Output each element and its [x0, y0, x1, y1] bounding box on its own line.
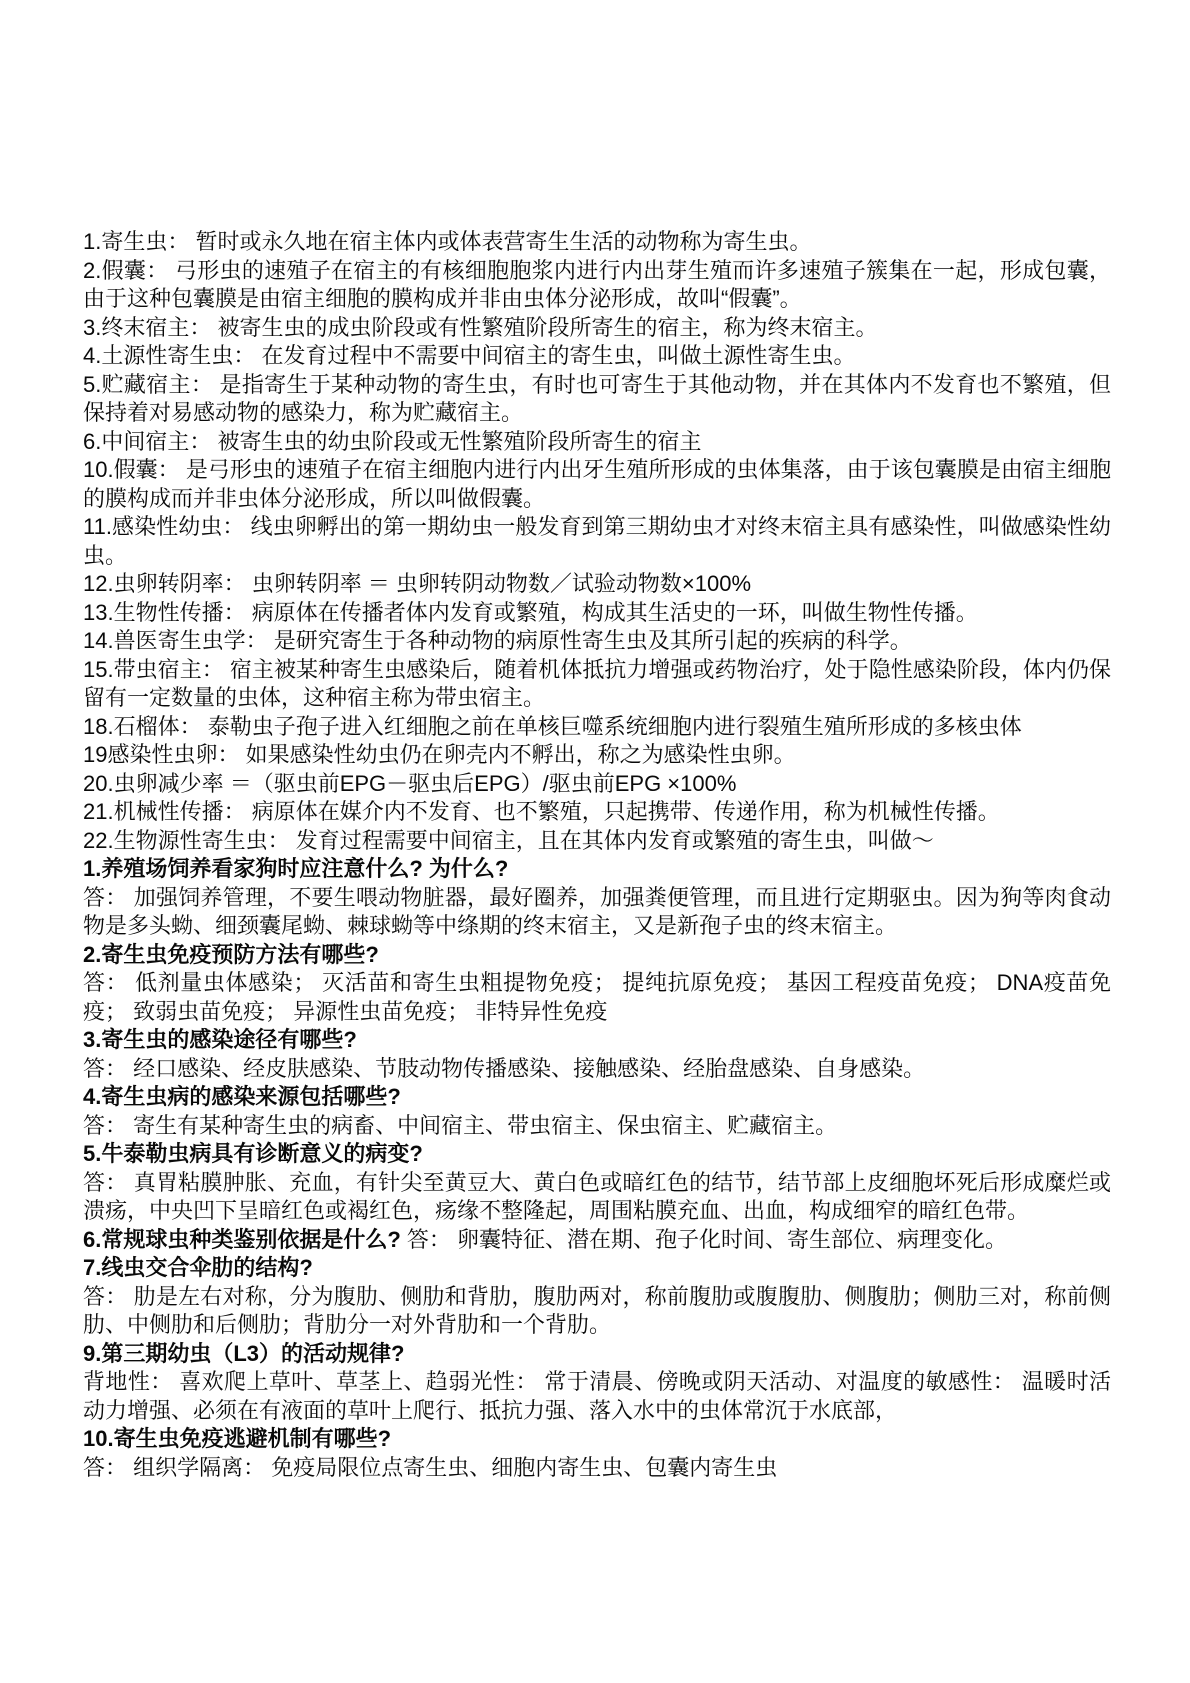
body-text: 10.假囊： 是弓形虫的速殖子在宿主细胞内进行内出牙生殖所形成的虫体集落，由于该…: [83, 457, 1111, 511]
body-text: 答： 卵囊特征、潜在期、孢子化时间、寄生部位、病理变化。: [407, 1227, 1007, 1252]
body-text: 11.感染性幼虫： 线虫卵孵出的第一期幼虫一般发育到第三期幼虫才对终末宿主具有感…: [83, 514, 1111, 568]
paragraph: 1.养殖场饲养看家狗时应注意什么? 为什么?: [83, 855, 1111, 884]
paragraph: 5.牛泰勒虫病具有诊断意义的病变?: [83, 1140, 1111, 1169]
paragraph: 9.第三期幼虫（L3）的活动规律?: [83, 1340, 1111, 1369]
body-text: 19感染性虫卵： 如果感染性幼虫仍在卵壳内不孵出，称之为感染性虫卵。: [83, 742, 796, 767]
paragraph: 答： 真胃粘膜肿胀、充血，有针尖至黄豆大、黄白色或暗红色的结节，结节部上皮细胞坏…: [83, 1169, 1111, 1226]
paragraph: 22.生物源性寄生虫： 发育过程需要中间宿主，且在其体内发育或繁殖的寄生虫，叫做…: [83, 827, 1111, 856]
body-text: 答： 经口感染、经皮肤感染、节肢动物传播感染、接触感染、经胎盘感染、自身感染。: [83, 1056, 925, 1081]
body-text: 20.虫卵减少率 ＝（驱虫前EPG－驱虫后EPG）/驱虫前EPG ×100%: [83, 771, 736, 796]
body-text: 答： 组织学隔离： 免疫局限位点寄生虫、细胞内寄生虫、包囊内寄生虫: [83, 1455, 777, 1480]
paragraph: 13.生物性传播： 病原体在传播者体内发育或繁殖，构成其生活史的一环，叫做生物性…: [83, 599, 1111, 628]
paragraph: 答： 组织学隔离： 免疫局限位点寄生虫、细胞内寄生虫、包囊内寄生虫: [83, 1454, 1111, 1483]
body-text: 背地性： 喜欢爬上草叶、草茎上、趋弱光性： 常于清晨、傍晚或阴天活动、对温度的敏…: [83, 1369, 1111, 1423]
question-heading-text: 3.寄生虫的感染途径有哪些?: [83, 1027, 357, 1052]
body-text: 6.中间宿主： 被寄生虫的幼虫阶段或无性繁殖阶段所寄生的宿主: [83, 429, 701, 454]
paragraph: 18.石榴体： 泰勒虫子孢子进入红细胞之前在单核巨噬系统细胞内进行裂殖生殖所形成…: [83, 713, 1111, 742]
body-text: 答： 加强饲养管理，不要生喂动物脏器，最好圈养，加强粪便管理，而且进行定期驱虫。…: [83, 885, 1111, 939]
paragraph: 背地性： 喜欢爬上草叶、草茎上、趋弱光性： 常于清晨、傍晚或阴天活动、对温度的敏…: [83, 1368, 1111, 1425]
paragraph: 10.假囊： 是弓形虫的速殖子在宿主细胞内进行内出牙生殖所形成的虫体集落，由于该…: [83, 456, 1111, 513]
body-text: 答： 寄生有某种寄生虫的病畜、中间宿主、带虫宿主、保虫宿主、贮藏宿主。: [83, 1113, 837, 1138]
paragraph: 10.寄生虫免疫逃避机制有哪些?: [83, 1425, 1111, 1454]
paragraph: 19感染性虫卵： 如果感染性幼虫仍在卵壳内不孵出，称之为感染性虫卵。: [83, 741, 1111, 770]
question-heading-text: 1.养殖场饲养看家狗时应注意什么? 为什么?: [83, 856, 508, 881]
body-text: 18.石榴体： 泰勒虫子孢子进入红细胞之前在单核巨噬系统细胞内进行裂殖生殖所形成…: [83, 714, 1022, 739]
body-text: 14.兽医寄生虫学： 是研究寄生于各种动物的病原性寄生虫及其所引起的疾病的科学。: [83, 628, 912, 653]
question-heading-text: 9.第三期幼虫（L3）的活动规律?: [83, 1341, 404, 1366]
paragraph: 11.感染性幼虫： 线虫卵孵出的第一期幼虫一般发育到第三期幼虫才对终末宿主具有感…: [83, 513, 1111, 570]
paragraph: 答： 低剂量虫体感染； 灭活苗和寄生虫粗提物免疫； 提纯抗原免疫； 基因工程疫苗…: [83, 969, 1111, 1026]
paragraph: 答： 肋是左右对称，分为腹肋、侧肋和背肋，腹肋两对，称前腹肋或腹腹肋、侧腹肋；侧…: [83, 1283, 1111, 1340]
paragraph: 2.假囊： 弓形虫的速殖子在宿主的有核细胞胞浆内进行内出芽生殖而许多速殖子簇集在…: [83, 257, 1111, 314]
question-heading-text: 7.线虫交合伞肋的结构?: [83, 1255, 313, 1280]
body-text: 5.贮藏宿主： 是指寄生于某种动物的寄生虫，有时也可寄生于其他动物，并在其体内不…: [83, 372, 1111, 426]
body-text: 答： 真胃粘膜肿胀、充血，有针尖至黄豆大、黄白色或暗红色的结节，结节部上皮细胞坏…: [83, 1170, 1111, 1224]
question-heading-text: 10.寄生虫免疫逃避机制有哪些?: [83, 1426, 391, 1451]
paragraph: 3.寄生虫的感染途径有哪些?: [83, 1026, 1111, 1055]
body-text: 答： 肋是左右对称，分为腹肋、侧肋和背肋，腹肋两对，称前腹肋或腹腹肋、侧腹肋；侧…: [83, 1284, 1111, 1338]
body-text: 2.假囊： 弓形虫的速殖子在宿主的有核细胞胞浆内进行内出芽生殖而许多速殖子簇集在…: [83, 258, 1111, 312]
paragraph: 1.寄生虫： 暂时或永久地在宿主体内或体表营寄生生活的动物称为寄生虫。: [83, 228, 1111, 257]
paragraph: 2.寄生虫免疫预防方法有哪些?: [83, 941, 1111, 970]
paragraph: 6.常规球虫种类鉴别依据是什么? 答： 卵囊特征、潜在期、孢子化时间、寄生部位、…: [83, 1226, 1111, 1255]
question-heading-text: 5.牛泰勒虫病具有诊断意义的病变?: [83, 1141, 423, 1166]
body-text: 4.土源性寄生虫： 在发育过程中不需要中间宿主的寄生虫，叫做土源性寄生虫。: [83, 343, 855, 368]
text-content: 1.寄生虫： 暂时或永久地在宿主体内或体表营寄生生活的动物称为寄生虫。2.假囊：…: [83, 228, 1111, 1482]
body-text: 12.虫卵转阴率： 虫卵转阴率 ＝ 虫卵转阴动物数／试验动物数×100%: [83, 571, 751, 596]
paragraph: 21.机械性传播： 病原体在媒介内不发育、也不繁殖，只起携带、传递作用，称为机械…: [83, 798, 1111, 827]
paragraph: 3.终末宿主： 被寄生虫的成虫阶段或有性繁殖阶段所寄生的宿主，称为终末宿主。: [83, 314, 1111, 343]
body-text: 13.生物性传播： 病原体在传播者体内发育或繁殖，构成其生活史的一环，叫做生物性…: [83, 600, 978, 625]
body-text: 21.机械性传播： 病原体在媒介内不发育、也不繁殖，只起携带、传递作用，称为机械…: [83, 799, 1000, 824]
paragraph: 12.虫卵转阴率： 虫卵转阴率 ＝ 虫卵转阴动物数／试验动物数×100%: [83, 570, 1111, 599]
paragraph: 20.虫卵减少率 ＝（驱虫前EPG－驱虫后EPG）/驱虫前EPG ×100%: [83, 770, 1111, 799]
paragraph: 答： 加强饲养管理，不要生喂动物脏器，最好圈养，加强粪便管理，而且进行定期驱虫。…: [83, 884, 1111, 941]
body-text: 15.带虫宿主： 宿主被某种寄生虫感染后，随着机体抵抗力增强或药物治疗，处于隐性…: [83, 657, 1111, 711]
paragraph: 14.兽医寄生虫学： 是研究寄生于各种动物的病原性寄生虫及其所引起的疾病的科学。: [83, 627, 1111, 656]
body-text: 1.寄生虫： 暂时或永久地在宿主体内或体表营寄生生活的动物称为寄生虫。: [83, 229, 811, 254]
paragraph: 6.中间宿主： 被寄生虫的幼虫阶段或无性繁殖阶段所寄生的宿主: [83, 428, 1111, 457]
paragraph: 答： 经口感染、经皮肤感染、节肢动物传播感染、接触感染、经胎盘感染、自身感染。: [83, 1055, 1111, 1084]
question-heading-text: 6.常规球虫种类鉴别依据是什么?: [83, 1227, 407, 1252]
question-heading-text: 4.寄生虫病的感染来源包括哪些?: [83, 1084, 401, 1109]
paragraph: 15.带虫宿主： 宿主被某种寄生虫感染后，随着机体抵抗力增强或药物治疗，处于隐性…: [83, 656, 1111, 713]
body-text: 3.终末宿主： 被寄生虫的成虫阶段或有性繁殖阶段所寄生的宿主，称为终末宿主。: [83, 315, 877, 340]
paragraph: 5.贮藏宿主： 是指寄生于某种动物的寄生虫，有时也可寄生于其他动物，并在其体内不…: [83, 371, 1111, 428]
paragraph: 4.土源性寄生虫： 在发育过程中不需要中间宿主的寄生虫，叫做土源性寄生虫。: [83, 342, 1111, 371]
body-text: 答： 低剂量虫体感染； 灭活苗和寄生虫粗提物免疫； 提纯抗原免疫； 基因工程疫苗…: [83, 970, 1111, 1024]
document-page: 1.寄生虫： 暂时或永久地在宿主体内或体表营寄生生活的动物称为寄生虫。2.假囊：…: [0, 0, 1190, 1683]
body-text: 22.生物源性寄生虫： 发育过程需要中间宿主，且在其体内发育或繁殖的寄生虫，叫做…: [83, 828, 934, 853]
paragraph: 答： 寄生有某种寄生虫的病畜、中间宿主、带虫宿主、保虫宿主、贮藏宿主。: [83, 1112, 1111, 1141]
paragraph: 7.线虫交合伞肋的结构?: [83, 1254, 1111, 1283]
paragraph: 4.寄生虫病的感染来源包括哪些?: [83, 1083, 1111, 1112]
question-heading-text: 2.寄生虫免疫预防方法有哪些?: [83, 942, 379, 967]
